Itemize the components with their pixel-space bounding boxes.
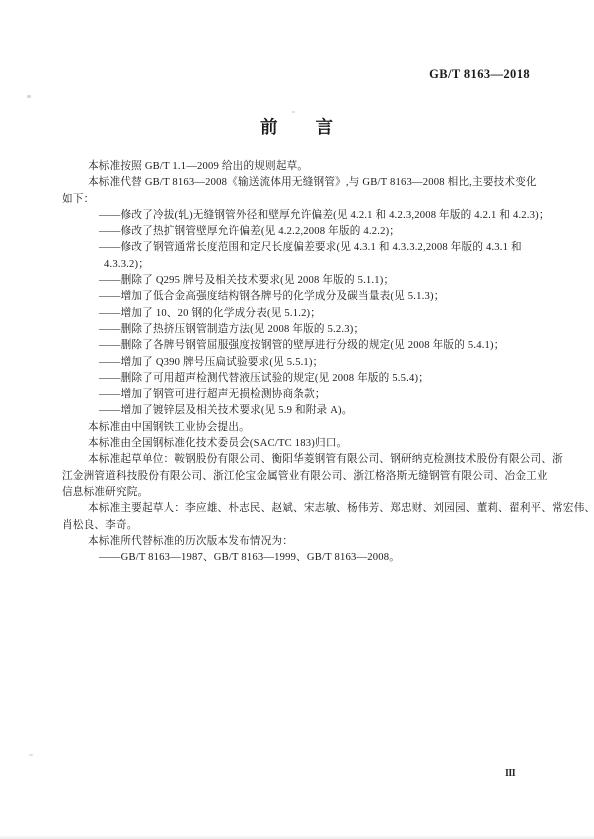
text-line: ——修改了热扩钢管壁厚允许偏差(见 4.2.2,2008 年版的 4.2.2)； — [62, 224, 540, 240]
text-line: 本标准由中国钢铁工业协会提出。 — [62, 420, 540, 436]
text-line: 本标准所代替标准的历次版本发布情况为： — [62, 534, 540, 550]
scan-speck — [29, 754, 33, 756]
standard-number: GB/T 8163—2018 — [429, 67, 530, 82]
document-body: 本标准按照 GB/T 1.1—2009 给出的规则起草。本标准代替 GB/T 8… — [62, 159, 540, 566]
text-line: ——删除了热挤压钢管制造方法(见 2008 年版的 5.2.3)； — [62, 322, 540, 338]
text-line: 信息标准研究院。 — [62, 485, 540, 501]
page-edge-shadow — [0, 835, 594, 839]
text-line: ——修改了冷拔(轧)无缝钢管外径和壁厚允许偏差(见 4.2.1 和 4.2.3,… — [62, 208, 540, 224]
page-number: III — [505, 768, 515, 779]
text-line: ——删除了各牌号钢管屈服强度按钢管的壁厚进行分级的规定(见 2008 年版的 5… — [62, 338, 540, 354]
text-line: ——增加了镀锌层及相关技术要求(见 5.9 和附录 A)。 — [62, 403, 540, 419]
text-line: 本标准按照 GB/T 1.1—2009 给出的规则起草。 — [62, 159, 540, 175]
text-line: ——增加了 10、20 钢的化学成分表(见 5.1.2)； — [62, 306, 540, 322]
text-line: 本标准由全国钢标准化技术委员会(SAC/TC 183)归口。 — [62, 436, 540, 452]
text-line: 如下： — [62, 192, 540, 208]
text-line: 肖松良、李奇。 — [62, 518, 540, 534]
text-line: ——GB/T 8163—1987、GB/T 8163—1999、GB/T 816… — [62, 550, 540, 566]
text-line: ——增加了钢管可进行超声无损检测协商条款； — [62, 387, 540, 403]
page-title: 前 言 — [0, 114, 594, 139]
text-line: 4.3.3.2)； — [62, 257, 540, 273]
document-page: GB/T 8163—2018 前 言 本标准按照 GB/T 1.1—2009 给… — [0, 0, 594, 839]
text-line: ——修改了钢管通常长度范围和定尺长度偏差要求(见 4.3.1 和 4.3.3.2… — [62, 240, 540, 256]
text-line: ——删除了可用超声检测代替液压试验的规定(见 2008 年版的 5.5.4)； — [62, 371, 540, 387]
scan-speck — [292, 111, 295, 113]
text-line: 本标准代替 GB/T 8163—2008《输送流体用无缝钢管》,与 GB/T 8… — [62, 175, 540, 191]
text-line: ——增加了低合金高强度结构钢各牌号的化学成分及碳当量表(见 5.1.3)； — [62, 289, 540, 305]
text-line: ——增加了 Q390 牌号压扁试验要求(见 5.5.1)； — [62, 355, 540, 371]
text-line: 本标准主要起草人：李应雄、朴志民、赵斌、宋志敏、杨伟芳、郑忠财、刘园园、董莉、翟… — [62, 501, 540, 517]
text-line: 江金洲管道科技股份有限公司、浙江伦宝金属管业有限公司、浙江格洛斯无缝钢管有限公司… — [62, 469, 540, 485]
scan-speck — [27, 95, 31, 98]
text-line: ——删除了 Q295 牌号及相关技术要求(见 2008 年版的 5.1.1)； — [62, 273, 540, 289]
text-line: 本标准起草单位：鞍钢股份有限公司、衡阳华菱钢管有限公司、钢研纳克检测技术股份有限… — [62, 452, 540, 468]
